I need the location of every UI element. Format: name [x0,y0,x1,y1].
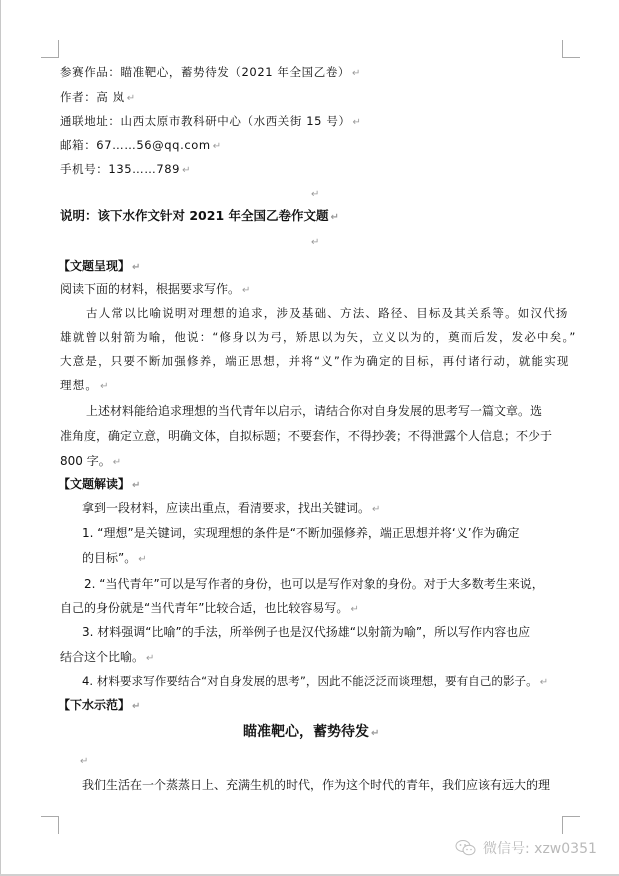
paragraph-mark: ↵ [350,604,358,615]
requirement-text: 800 字。 [60,454,111,468]
material-line: 理想。↵ [60,377,110,395]
phone-line: 手机号：135……789↵ [60,161,191,179]
paragraph-mark: ↵ [372,504,380,515]
essay-title-text: 瞄准靶心，蓄势待发 [243,724,369,740]
margin-corner-mark [562,816,580,834]
paragraph-mark: ↵ [138,554,146,565]
analysis-heading-text: 【文题解读】 [58,477,130,491]
paragraph-mark: ↵ [353,117,362,128]
point-text: 自己的身份就是“当代青年”比较合适，也比较容易写。 [60,601,348,615]
point-3-line: 3. 材料强调“比喻”的手法，所举例子也是汉代扬雄“以射箭为喻”，所以写作内容也… [82,624,530,640]
watermark-text: 微信号: xzw0351 [483,838,597,858]
paragraph-mark: ↵ [132,262,140,273]
point-text: 的目标”。 [82,551,136,565]
note-text: 说明：该下水作文针对 2021 年全国乙卷作文题 [60,208,329,223]
paragraph-mark: ↵ [311,189,319,200]
email-line: 邮箱：67……56@qq.com↵ [60,137,222,155]
email-text: 邮箱：67……56@qq.com [60,138,211,152]
sample-heading-text: 【下水示范】 [58,698,130,712]
point-1-line: 的目标”。↵ [82,550,147,568]
analysis-intro-text: 拿到一段材料，应读出重点，看清要求，找出关键词。 [82,501,370,515]
wechat-watermark: 微信号: xzw0351 [455,838,597,858]
note-line: 说明：该下水作文针对 2021 年全国乙卷作文题↵ [60,208,339,226]
prompt-heading: 【文题呈现】↵ [58,258,140,276]
point-2-line: 自己的身份就是“当代青年”比较合适，也比较容易写。↵ [60,600,359,618]
requirement-line: 上述材料能给追求理想的当代青年以启示，请结合你对自身发展的思考写一篇文章。选 [86,403,542,419]
material-line: 大意是，只要不断加强修养，端正思想，并将“义”作为确定的目标，再付诸行动，就能实… [60,353,570,369]
paragraph-mark: ↵ [352,68,361,79]
phone-text: 手机号：135……789 [60,162,180,176]
paragraph-mark: ↵ [80,756,88,767]
paragraph-mark: ↵ [331,212,339,223]
requirement-line: 准角度，确定立意，明确文体，自拟标题；不要套作，不得抄袭；不得泄露个人信息；不少… [60,428,552,444]
paragraph-mark: ↵ [127,93,136,104]
point-3-line: 结合这个比喻。↵ [60,649,154,667]
paragraph-mark: ↵ [540,677,548,688]
margin-corner-mark [41,40,59,58]
margin-corner-mark [41,816,59,834]
point-4-line: 4. 材料要求写作要结合“对自身发展的思考”，因此不能泛泛而谈理想，要有自己的影… [82,673,548,691]
essay-title: 瞄准靶心，蓄势待发↵ [243,724,379,742]
entry-text: 参赛作品：瞄准靶心，蓄势待发（2021 年全国乙卷） [60,65,350,79]
entry-line: 参赛作品：瞄准靶心，蓄势待发（2021 年全国乙卷）↵ [60,64,361,82]
empty-paragraph: ↵ [78,752,88,770]
prompt-heading-text: 【文题呈现】 [58,259,130,273]
paragraph-mark: ↵ [132,480,140,491]
wechat-icon [455,839,477,857]
paragraph-mark: ↵ [113,457,121,468]
paragraph-mark: ↵ [146,653,154,664]
paragraph-mark: ↵ [132,701,140,712]
point-text: 结合这个比喻。 [60,650,144,664]
requirement-line: 800 字。↵ [60,453,121,471]
address-text: 通联地址：山西太原市教科研中心（水西关街 15 号） [60,114,351,128]
material-line: 古人常以比喻说明对理想的追求，涉及基础、方法、路径、目标及其关系等。如汉代扬 [86,305,569,321]
essay-first-line: 我们生活在一个蒸蒸日上、充满生机的时代，作为这个时代的青年，我们应该有远大的理 [82,777,550,793]
sample-heading: 【下水示范】↵ [58,697,140,715]
analysis-heading: 【文题解读】↵ [58,476,140,494]
prompt-intro-text: 阅读下面的材料，根据要求写作。 [60,282,240,296]
point-2-line: 2. “当代青年”可以是写作者的身份，也可以是写作对象的身份。对于大多数考生来说… [84,576,544,592]
paragraph-mark: ↵ [213,141,222,152]
author-line: 作者：高 岚↵ [60,89,136,107]
author-text: 作者：高 岚 [60,90,125,104]
paragraph-mark: ↵ [100,381,110,392]
paragraph-mark: ↵ [242,285,250,296]
point-1-line: 1. “理想”是关键词，实现理想的条件是“不断加强修养，端正思想并将‘义’作为确… [82,525,520,541]
analysis-intro: 拿到一段材料，应读出重点，看清要求，找出关键词。↵ [82,500,380,518]
prompt-intro: 阅读下面的材料，根据要求写作。↵ [60,281,250,299]
page-edge [0,0,1,874]
material-text: 理想。 [60,378,98,392]
material-line: 雄就曾以射箭为喻，他说：“修身以为弓，矫思以为矢，立义以为的，奠而后发，发必中矣… [60,329,577,345]
empty-paragraph: ↵ [309,185,319,203]
paragraph-mark: ↵ [182,165,191,176]
paragraph-mark: ↵ [371,728,379,739]
empty-paragraph: ↵ [309,233,319,251]
margin-corner-mark [562,40,580,58]
paragraph-mark: ↵ [311,237,319,248]
point-text: 4. 材料要求写作要结合“对自身发展的思考”，因此不能泛泛而谈理想，要有自己的影… [82,674,538,688]
address-line: 通联地址：山西太原市教科研中心（水西关街 15 号）↵ [60,113,362,131]
